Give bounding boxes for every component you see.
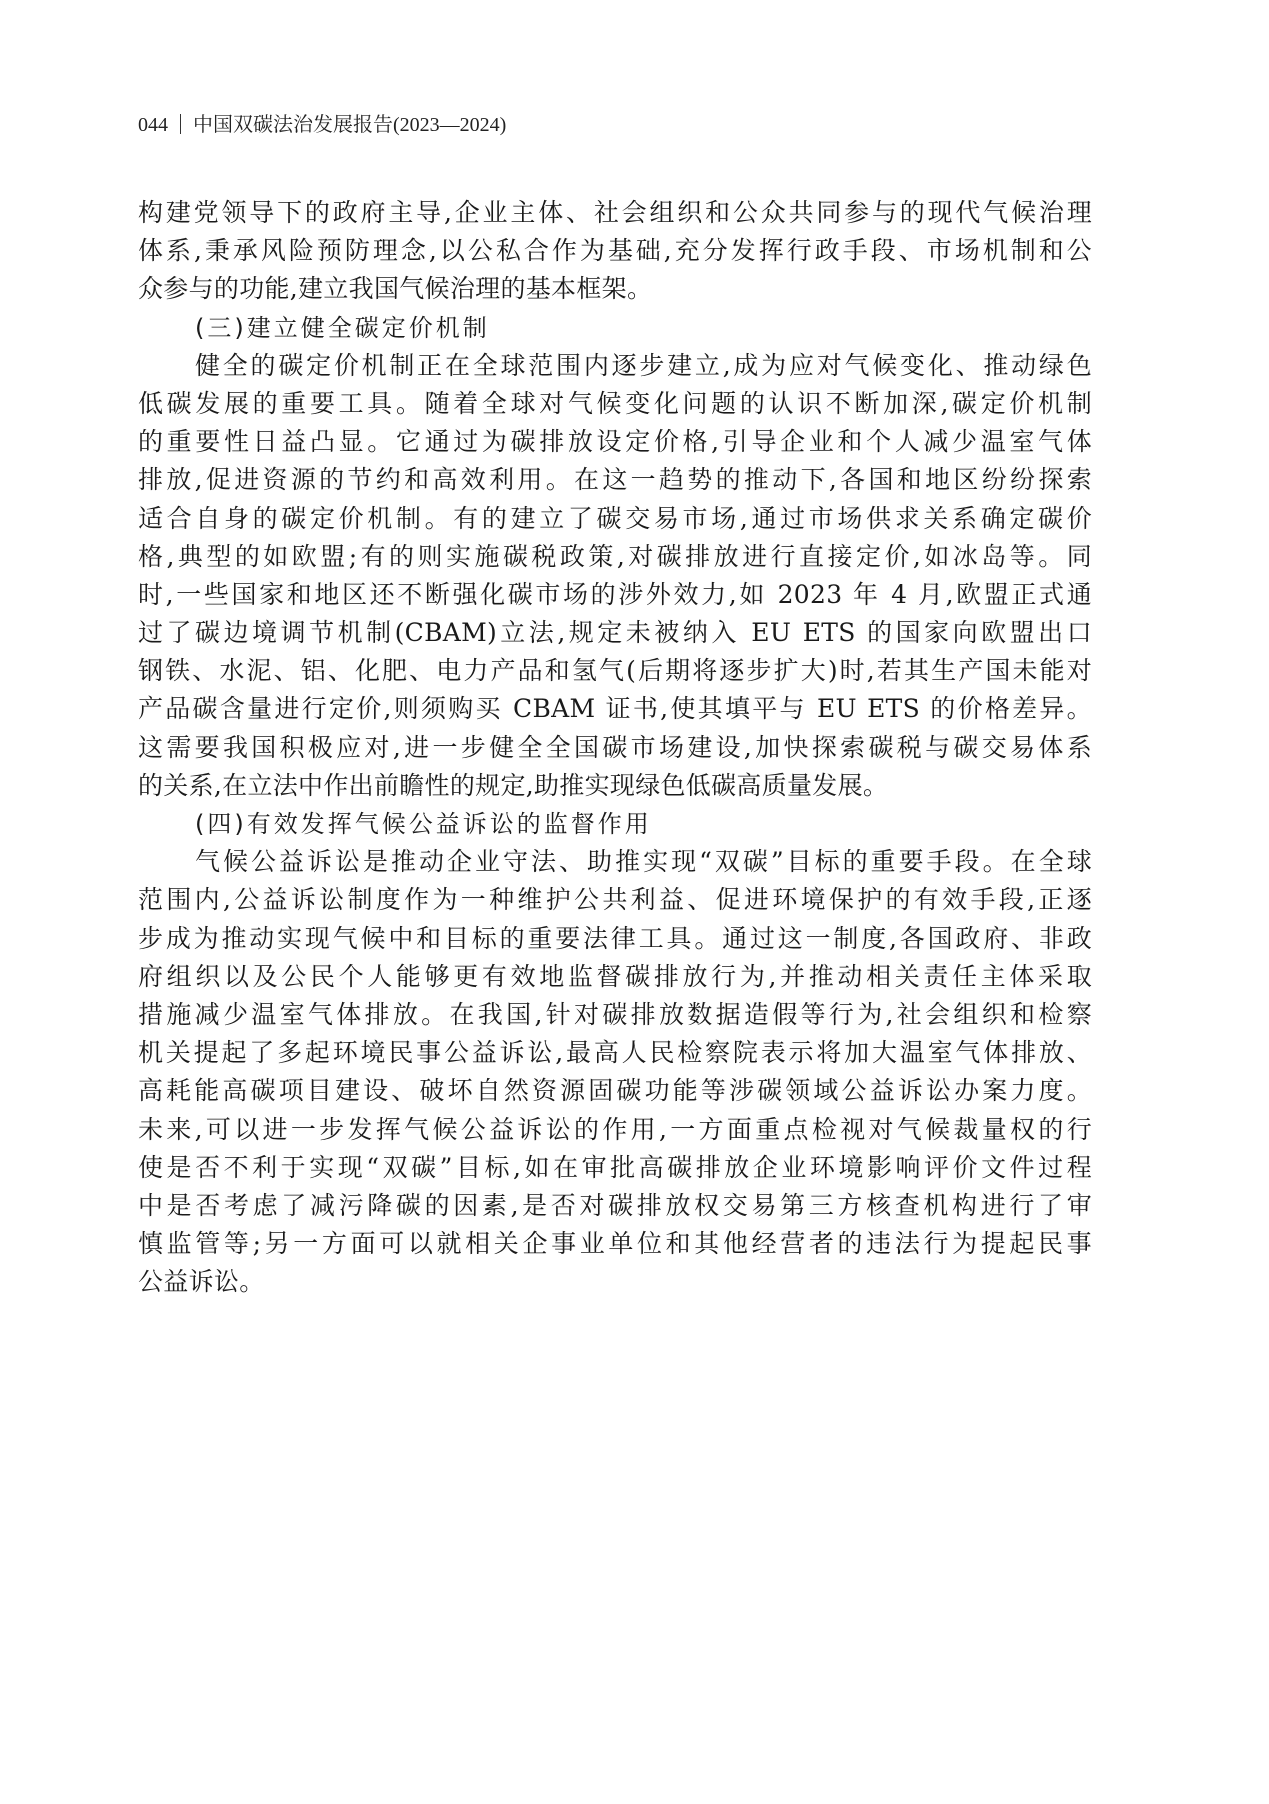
paragraph-carbon-pricing: 健全的碳定价机制正在全球范围内逐步建立,成为应对气候变化、推动绿色 低碳发展的重… xyxy=(138,347,1092,805)
text-line: 适合自身的碳定价机制。有的建立了碳交易市场,通过市场供求关系确定碳价 xyxy=(138,500,1092,538)
running-header: 044中国双碳法治发展报告(2023—2024) xyxy=(138,110,506,140)
text-line: 中是否考虑了减污降碳的因素,是否对碳排放权交易第三方核查机构进行了审 xyxy=(138,1187,1092,1225)
text-line: 时,一些国家和地区还不断强化碳市场的涉外效力,如 2023 年 4 月,欧盟正式… xyxy=(138,576,1092,614)
text-line: 钢铁、水泥、铝、化肥、电力产品和氢气(后期将逐步扩大)时,若其生产国未能对 xyxy=(138,652,1092,690)
text-line: 健全的碳定价机制正在全球范围内逐步建立,成为应对气候变化、推动绿色 xyxy=(138,347,1092,385)
text-line: 机关提起了多起环境民事公益诉讼,最高人民检察院表示将加大温室气体排放、 xyxy=(138,1034,1092,1072)
book-title: 中国双碳法治发展报告(2023—2024) xyxy=(193,114,506,136)
text-line: 范围内,公益诉讼制度作为一种维护公共利益、促进环境保护的有效手段,正逐 xyxy=(138,881,1092,919)
text-line: 气候公益诉讼是推动企业守法、助推实现“双碳”目标的重要手段。在全球 xyxy=(138,843,1092,881)
text-line: 体系,秉承风险预防理念,以公私合作为基础,充分发挥行政手段、市场机制和公 xyxy=(138,232,1092,270)
text-line: 构建党领导下的政府主导,企业主体、社会组织和公众共同参与的现代气候治理 xyxy=(138,194,1092,232)
section-heading-3: (三)建立健全碳定价机制 xyxy=(138,309,1092,347)
text-line: 未来,可以进一步发挥气候公益诉讼的作用,一方面重点检视对气候裁量权的行 xyxy=(138,1111,1092,1149)
page-number: 044 xyxy=(138,110,168,140)
text-line: 公益诉讼。 xyxy=(138,1263,1092,1301)
text-line: 众参与的功能,建立我国气候治理的基本框架。 xyxy=(138,270,1092,308)
text-line: 过了碳边境调节机制(CBAM)立法,规定未被纳入 EU ETS 的国家向欧盟出口 xyxy=(138,614,1092,652)
paragraph-climate-litigation: 气候公益诉讼是推动企业守法、助推实现“双碳”目标的重要手段。在全球 范围内,公益… xyxy=(138,843,1092,1301)
text-line: 产品碳含量进行定价,则须购买 CBAM 证书,使其填平与 EU ETS 的价格差… xyxy=(138,690,1092,728)
text-line: 高耗能高碳项目建设、破坏自然资源固碳功能等涉碳领域公益诉讼办案力度。 xyxy=(138,1072,1092,1110)
text-line: 措施减少温室气体排放。在我国,针对碳排放数据造假等行为,社会组织和检察 xyxy=(138,996,1092,1034)
text-line: 的关系,在立法中作出前瞻性的规定,助推实现绿色低碳高质量发展。 xyxy=(138,767,1092,805)
text-line: 这需要我国积极应对,进一步健全全国碳市场建设,加快探索碳税与碳交易体系 xyxy=(138,729,1092,767)
text-line: 低碳发展的重要工具。随着全球对气候变化问题的认识不断加深,碳定价机制 xyxy=(138,385,1092,423)
section-heading-4: (四)有效发挥气候公益诉讼的监督作用 xyxy=(138,805,1092,843)
text-line: 的重要性日益凸显。它通过为碳排放设定价格,引导企业和个人减少温室气体 xyxy=(138,423,1092,461)
header-separator xyxy=(180,114,181,134)
text-line: 府组织以及公民个人能够更有效地监督碳排放行为,并推动相关责任主体采取 xyxy=(138,958,1092,996)
text-line: 使是否不利于实现“双碳”目标,如在审批高碳排放企业环境影响评价文件过程 xyxy=(138,1149,1092,1187)
text-line: 步成为推动实现气候中和目标的重要法律工具。通过这一制度,各国政府、非政 xyxy=(138,920,1092,958)
text-line: 排放,促进资源的节约和高效利用。在这一趋势的推动下,各国和地区纷纷探索 xyxy=(138,461,1092,499)
text-line: 慎监管等;另一方面可以就相关企事业单位和其他经营者的违法行为提起民事 xyxy=(138,1225,1092,1263)
paragraph-continuation: 构建党领导下的政府主导,企业主体、社会组织和公众共同参与的现代气候治理 体系,秉… xyxy=(138,194,1092,309)
text-line: 格,典型的如欧盟;有的则实施碳税政策,对碳排放进行直接定价,如冰岛等。同 xyxy=(138,538,1092,576)
body-text: 构建党领导下的政府主导,企业主体、社会组织和公众共同参与的现代气候治理 体系,秉… xyxy=(138,194,1092,1301)
